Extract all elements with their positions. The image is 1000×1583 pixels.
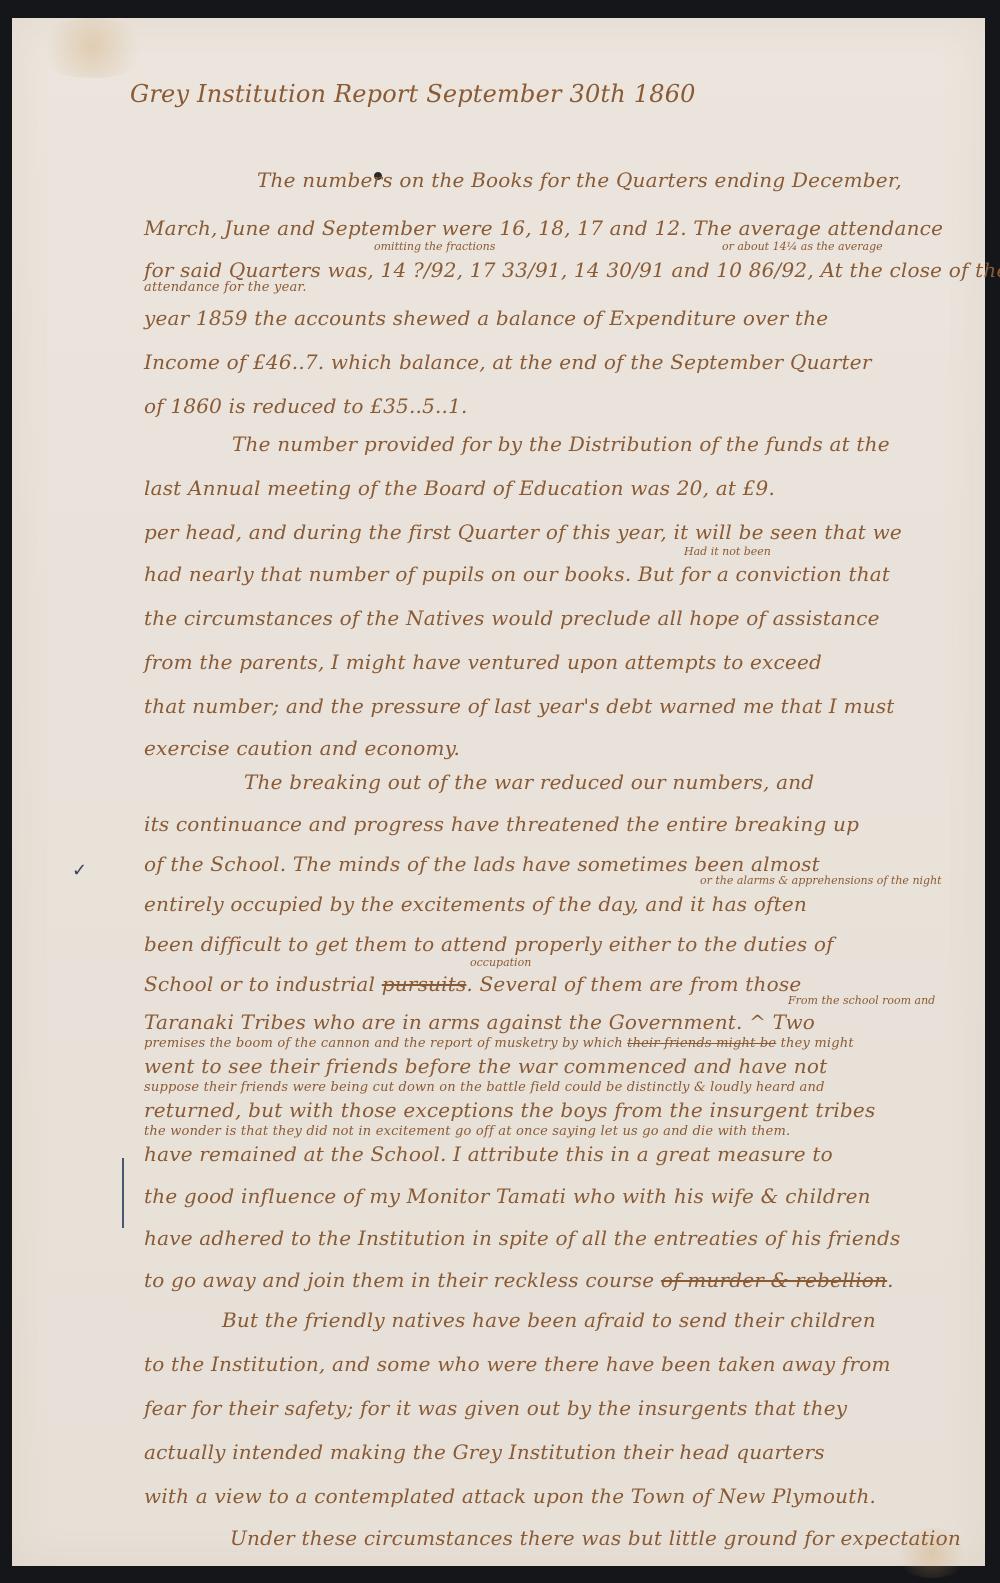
text-line: for said Quarters was, 14 ?/92, 17 33/91… [144, 258, 985, 282]
page-title: Grey Institution Report September 30th 1… [130, 80, 985, 108]
text-line: returned, but with those exceptions the … [144, 1098, 985, 1122]
struck-text: their friends might be [627, 1036, 776, 1051]
interlinear-note: omitting the fractions [374, 240, 495, 253]
text-line: But the friendly natives have been afrai… [222, 1308, 985, 1332]
text-line: The numbers on the Books for the Quarter… [257, 168, 985, 192]
text-line: The number provided for by the Distribut… [232, 432, 985, 456]
text-line: fear for their safety; for it was given … [144, 1396, 985, 1420]
text-segment: . [887, 1268, 894, 1292]
text-line: year 1859 the accounts shewed a balance … [144, 306, 985, 330]
text-line: entirely occupied by the excitements of … [144, 892, 985, 916]
vertical-margin-line [122, 1158, 124, 1228]
text-segment: they might [776, 1036, 854, 1051]
text-line: had nearly that number of pupils on our … [144, 562, 985, 586]
text-line: to the Institution, and some who were th… [144, 1352, 985, 1376]
text-line: the good influence of my Monitor Tamati … [144, 1184, 985, 1208]
text-line: of the School. The minds of the lads hav… [144, 852, 985, 876]
text-line: been difficult to get them to attend pro… [144, 932, 985, 956]
text-segment: . Several of them are from those [466, 972, 801, 996]
text-line: suppose their friends were being cut dow… [144, 1080, 985, 1095]
text-line: last Annual meeting of the Board of Educ… [144, 476, 985, 500]
interlinear-note: or the alarms & apprehensions of the nig… [700, 874, 942, 887]
text-line: Taranaki Tribes who are in arms against … [144, 1010, 985, 1034]
text-line: March, June and September were 16, 18, 1… [144, 216, 985, 240]
text-segment: School or to industrial [144, 972, 382, 996]
text-line: to go away and join them in their reckle… [144, 1268, 985, 1292]
text-line: its continuance and progress have threat… [144, 812, 985, 836]
text-segment: premises the boom of the cannon and the … [144, 1036, 627, 1051]
text-line: Under these circumstances there was but … [230, 1526, 985, 1550]
struck-text: pursuits [382, 972, 467, 996]
text-line: with a view to a contemplated attack upo… [144, 1484, 985, 1508]
text-line: attendance for the year. [144, 280, 985, 295]
text-line: Income of £46..7. which balance, at the … [144, 350, 985, 374]
paper-stain [32, 18, 152, 78]
text-line: that number; and the pressure of last ye… [144, 694, 985, 718]
text-line: went to see their friends before the war… [144, 1054, 985, 1078]
text-line: School or to industrial pursuits. Severa… [144, 972, 985, 996]
check-mark-icon: ✓ [72, 860, 87, 881]
text-segment: to go away and join them in their reckle… [144, 1268, 661, 1292]
struck-text: of murder & rebellion [661, 1268, 887, 1292]
text-line: The breaking out of the war reduced our … [244, 770, 985, 794]
text-line: have remained at the School. I attribute… [144, 1142, 985, 1166]
text-line: premises the boom of the cannon and the … [144, 1036, 985, 1051]
interlinear-note: occupation [470, 956, 531, 969]
text-line: exercise caution and economy. [144, 736, 985, 760]
interlinear-note: From the school room and [788, 994, 935, 1007]
text-line: actually intended making the Grey Instit… [144, 1440, 985, 1464]
text-line: the wonder is that they did not in excit… [144, 1124, 985, 1139]
text-line: have adhered to the Institution in spite… [144, 1226, 985, 1250]
text-line: the circumstances of the Natives would p… [144, 606, 985, 630]
text-line: from the parents, I might have ventured … [144, 650, 985, 674]
text-line: per head, and during the first Quarter o… [144, 520, 985, 544]
text-line: of 1860 is reduced to £35..5..1. [144, 394, 985, 418]
manuscript-page: ✓ Grey Institution Report September 30th… [12, 18, 985, 1566]
interlinear-note: or about 14¼ as the average [722, 240, 883, 253]
interlinear-note: Had it not been [684, 545, 771, 558]
